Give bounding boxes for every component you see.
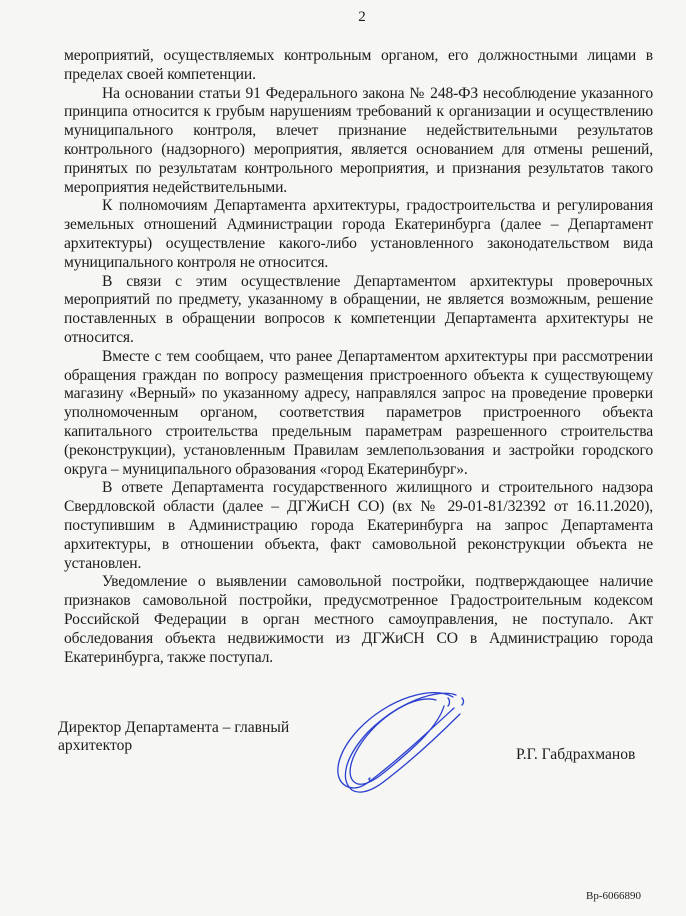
signatory-title: Директор Департамента – главный архитект… — [58, 719, 318, 755]
signatory-title-line2: архитектор — [58, 737, 318, 755]
paragraph-continuation: мероприятий, осуществляемых контрольным … — [64, 47, 653, 85]
signatory-title-line1: Директор Департамента – главный — [58, 719, 318, 737]
paragraph-inspection-impossible: В связи с этим осуществление Департамент… — [64, 273, 653, 348]
signatory-name: Р.Г. Габдрахманов — [516, 746, 635, 764]
paragraph-notification: Уведомление о выявлении самовольной пост… — [64, 573, 653, 667]
paragraph-authority: К полномочиям Департамента архитектуры, … — [64, 197, 653, 272]
handwritten-signature-icon — [328, 680, 478, 800]
document-id: Вр-6066890 — [586, 890, 641, 902]
paragraph-legal-basis: На основании статьи 91 Федерального зако… — [64, 85, 653, 198]
paragraph-supervision-response: В ответе Департамента государственного ж… — [64, 479, 653, 573]
paragraph-previous-request: Вместе с тем сообщаем, что ранее Департа… — [64, 348, 653, 480]
page-number: 2 — [0, 9, 686, 26]
letter-body: мероприятий, осуществляемых контрольным … — [64, 47, 653, 667]
